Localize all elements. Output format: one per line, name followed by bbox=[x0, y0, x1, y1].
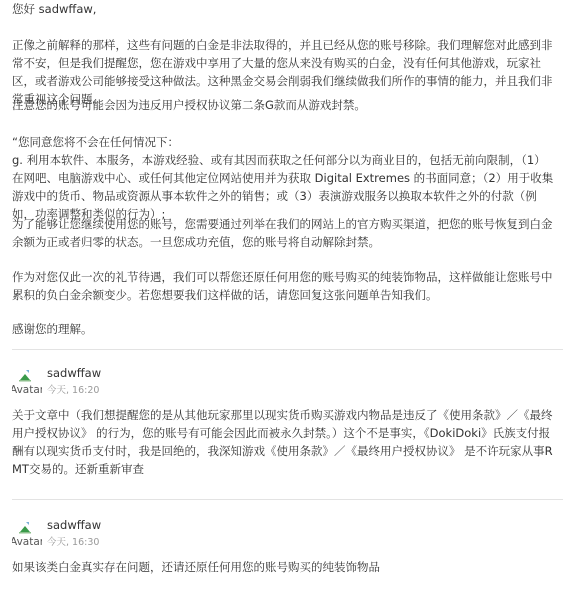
agent-quote-clause: g. 利用本软件、本服务，本游戏经验、或有其因而获取之任何部分以为商业目的，包括… bbox=[12, 151, 557, 223]
divider bbox=[12, 349, 563, 350]
comment-body: 如果该类白金真实存在问题，还请还原任何用您的账号购买的纯装饰物品 bbox=[12, 558, 557, 576]
comment-header: Avatar sadwffaw 今天, 16:30 bbox=[12, 519, 312, 555]
comment-body: 关于文章中（我们想提醒您的是从其他玩家那里以现实货币购买游戏内物品是违反了《使用… bbox=[12, 406, 557, 478]
comment-time: 今天, 16:30 bbox=[47, 534, 99, 552]
agent-paragraph-2: 注意您的账号可能会因为违反用户授权协议第二条G款而从游戏封禁。 bbox=[12, 96, 557, 114]
avatar: Avatar bbox=[12, 367, 42, 401]
comment-author: sadwffaw bbox=[47, 516, 101, 534]
agent-sign-off: 感谢您的理解。 bbox=[12, 320, 557, 338]
agent-quote-intro: “您同意您将不会在任何情况下： bbox=[12, 133, 557, 151]
avatar-alt-text: Avatar bbox=[12, 383, 42, 397]
agent-paragraph-4: 作为对您仅此一次的礼节待遇，我们可以帮您还原任何用您的账号购买的纯装饰物品，这样… bbox=[12, 268, 557, 304]
avatar-alt-text: Avatar bbox=[12, 535, 42, 549]
comment-author: sadwffaw bbox=[47, 364, 101, 382]
broken-image-icon bbox=[18, 521, 32, 534]
agent-paragraph-3: 为了能够让您继续使用您的账号，您需要通过列举在我们的网站上的官方购买渠道，把您的… bbox=[12, 215, 557, 251]
comment-header: Avatar sadwffaw 今天, 16:20 bbox=[12, 367, 312, 403]
divider bbox=[12, 499, 563, 500]
comment-time: 今天, 16:20 bbox=[47, 382, 99, 400]
avatar: Avatar bbox=[12, 519, 42, 553]
greeting: 您好 sadwffaw, bbox=[12, 0, 557, 18]
broken-image-icon bbox=[18, 369, 32, 382]
